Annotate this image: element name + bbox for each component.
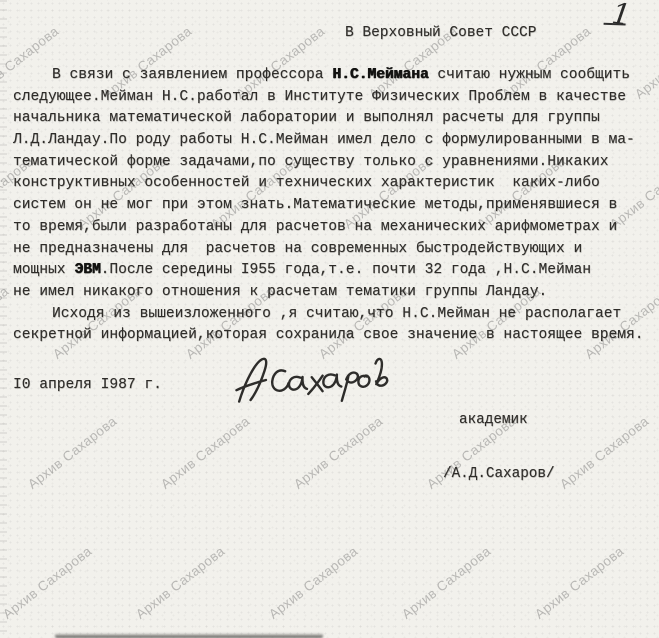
text-line: конструктивных особенностей и технически…	[13, 173, 658, 195]
overstruck-text: ЭВМ	[74, 262, 100, 278]
typewritten-text: то время,были разработаны для расчетов н…	[13, 219, 617, 235]
signer-title: академик	[459, 411, 555, 429]
typewritten-text: не имел никакого отношения к расчетам те…	[13, 284, 547, 300]
document-body: В связи с заявлением профессора Н.С.Мейм…	[13, 65, 658, 347]
scan-edge-speckle	[0, 0, 7, 638]
document-page: Архив СахароваАрхив СахароваАрхив Сахаро…	[0, 0, 659, 638]
typewritten-text: считаю нужным сообщить	[429, 67, 630, 83]
handwritten-signature	[227, 342, 401, 410]
text-line: Л.Д.Ландау.По роду работы Н.С.Мейман име…	[13, 130, 658, 152]
typewritten-text: .После середины I955 года,т.е. почти 32 …	[101, 262, 591, 278]
document-content: 1 В Верховный Совет СССР В связи с заявл…	[0, 0, 659, 638]
typewritten-text: не предназначены для расчетов на совреме…	[13, 241, 582, 257]
typewritten-text: Исходя из вышеизложенного ,я считаю,что …	[52, 306, 621, 322]
typewritten-text: систем он не мог при этом знать.Математи…	[13, 197, 617, 213]
typewritten-text: тематической форме задачами,по существу …	[13, 154, 609, 170]
text-line: следующее.Мейман Н.С.работал в Институте…	[13, 87, 658, 109]
text-line: Исходя из вышеизложенного ,я считаю,что …	[13, 304, 658, 326]
signature-block: академик /А.Д.Сахаров/	[459, 375, 555, 519]
typewritten-text: секретной информацией,которая сохранила …	[13, 327, 644, 343]
text-line: не предназначены для расчетов на совреме…	[13, 239, 658, 261]
text-line: то время,были разработаны для расчетов н…	[13, 217, 658, 239]
text-line: не имел никакого отношения к расчетам те…	[13, 282, 658, 304]
typewritten-text: конструктивных особенностей и технически…	[13, 175, 600, 191]
text-line: систем он не мог при этом знать.Математи…	[13, 195, 658, 217]
text-line: начальника математической лаборатории и …	[13, 108, 658, 130]
overstruck-text: Н.С.Меймана	[332, 67, 428, 83]
page-number-dash	[604, 23, 626, 26]
page-number: 1	[610, 0, 632, 30]
text-line: тематической форме задачами,по существу …	[13, 152, 658, 174]
recipient-line: В Верховный Совет СССР	[345, 25, 536, 41]
typewritten-text: следующее.Мейман Н.С.работал в Институте…	[13, 89, 626, 105]
typewritten-text: Л.Д.Ландау.По роду работы Н.С.Мейман име…	[13, 132, 635, 148]
signer-name: /А.Д.Сахаров/	[443, 465, 555, 483]
text-line: В связи с заявлением профессора Н.С.Мейм…	[13, 65, 658, 87]
page-number-value: 1	[610, 0, 633, 32]
typewritten-text: мощных	[13, 262, 74, 278]
date-line: I0 апреля I987 г.	[13, 377, 162, 393]
typewritten-text: В связи с заявлением профессора	[52, 67, 332, 83]
typewritten-text: начальника математической лаборатории и …	[13, 110, 600, 126]
text-line: мощных ЭВМ.После середины I955 года,т.е.…	[13, 260, 658, 282]
scan-bottom-artifact	[55, 633, 323, 638]
